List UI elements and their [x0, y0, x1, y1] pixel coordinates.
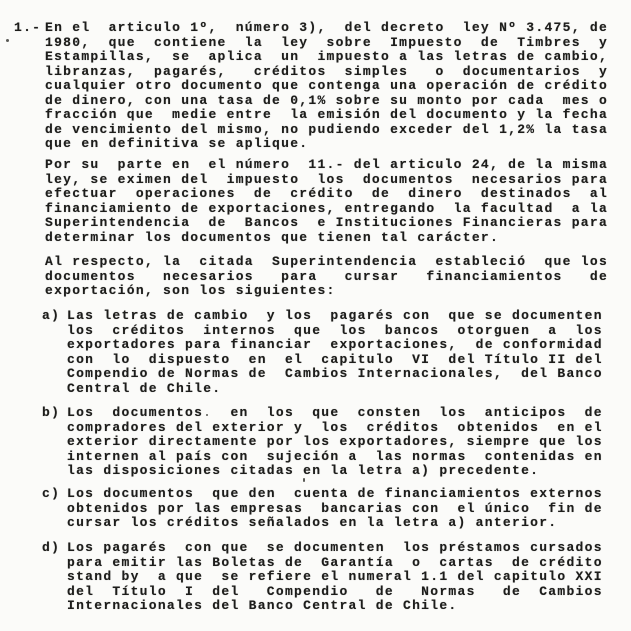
scan-speck	[303, 478, 305, 482]
text-line: Por su parte en el número 11.- del artic…	[45, 158, 608, 173]
list-item-c: c) Los documentos que den cuenta de fina…	[67, 487, 603, 531]
text-line: los créditos internos que los bancos oto…	[67, 324, 603, 339]
text-line: del Título I del Compendio de Normas de …	[67, 585, 603, 600]
text-line: cualquier otro documento que contenga un…	[45, 79, 608, 94]
list-marker-b: b)	[42, 406, 60, 421]
text-line: compradores del exterior y los créditos …	[67, 421, 603, 436]
text-line: ley, se eximen del impuesto los document…	[45, 173, 608, 188]
list-item-b: b) Los documentos en los que consten los…	[67, 406, 603, 479]
text-line: Los pagarés con que se documenten los pr…	[67, 541, 603, 556]
list-marker-c: c)	[42, 487, 60, 502]
text-line: Superintendencia de Bancos e Institucion…	[45, 216, 608, 231]
paragraph-1: 1.- En el articulo 1º, número 3), del de…	[45, 21, 608, 152]
text-line: Los documentos que den cuenta de financi…	[67, 487, 603, 502]
text-line: libranzas, pagarés, créditos simples o d…	[45, 65, 608, 80]
text-line: exportadores para financiar exportacione…	[67, 338, 603, 353]
text-line: efectuar operaciones de crédito de diner…	[45, 187, 608, 202]
text-line: obtenidos por las empresas bancarias con…	[67, 502, 603, 517]
text-line: Internacionales del Banco Central de Chi…	[67, 599, 603, 614]
text-line: stand by a que se refiere el numeral 1.1…	[67, 570, 603, 585]
list-marker-d: d)	[42, 541, 60, 556]
scan-speck	[206, 414, 208, 416]
text-line: cursar los créditos señalados en la letr…	[67, 516, 603, 531]
text-line: Al respecto, la citada Superintendencia …	[45, 255, 608, 270]
text-line: Las letras de cambio y los pagarés con q…	[67, 309, 603, 324]
text-line: determinar los documentos que tienen tal…	[45, 231, 608, 246]
text-line: exportación, son los siguientes:	[45, 284, 608, 299]
text-line: Compendio de Normas de Cambios Internaci…	[67, 367, 603, 382]
text-line: internen al país con sujeción a las norm…	[67, 450, 603, 465]
paragraph-3: Al respecto, la citada Superintendencia …	[45, 255, 608, 299]
text-line: En el articulo 1º, número 3), del decret…	[45, 21, 608, 36]
text-line: exterior directamente por los exportador…	[67, 435, 603, 450]
text-line: fracción que medie entre la emisión del …	[45, 108, 608, 123]
text-line: Los documentos en los que consten los an…	[67, 406, 603, 421]
text-line: de vencimiento del mismo, no pudiendo ex…	[45, 123, 608, 138]
scan-speck	[6, 39, 9, 42]
text-line: que en definitiva se aplique.	[45, 137, 608, 152]
text-line: Estampillas, se aplica un impuesto a las…	[45, 50, 608, 65]
text-line: Central de Chile.	[67, 382, 603, 397]
text-line: de dinero, con una tasa de 0,1% sobre su…	[45, 94, 608, 109]
text-line: con lo dispuesto en el capitulo VI del T…	[67, 353, 603, 368]
item-number: 1.-	[14, 21, 41, 36]
document-page: 1.- En el articulo 1º, número 3), del de…	[0, 0, 631, 631]
text-line: 1980, que contiene la ley sobre Impuesto…	[45, 36, 608, 51]
text-line: documentos necesarios para cursar financ…	[45, 270, 608, 285]
list-marker-a: a)	[42, 309, 60, 324]
text-line: para emitir las Boletas de Garantía o ca…	[67, 556, 603, 571]
list-item-a: a) Las letras de cambio y los pagarés co…	[67, 309, 603, 396]
list-item-d: d) Los pagarés con que se documenten los…	[67, 541, 603, 614]
text-line: las disposiciones citadas en la letra a)…	[67, 464, 603, 479]
text-line: financiamiento de exportaciones, entrega…	[45, 202, 608, 217]
paragraph-2: Por su parte en el número 11.- del artic…	[45, 158, 608, 245]
